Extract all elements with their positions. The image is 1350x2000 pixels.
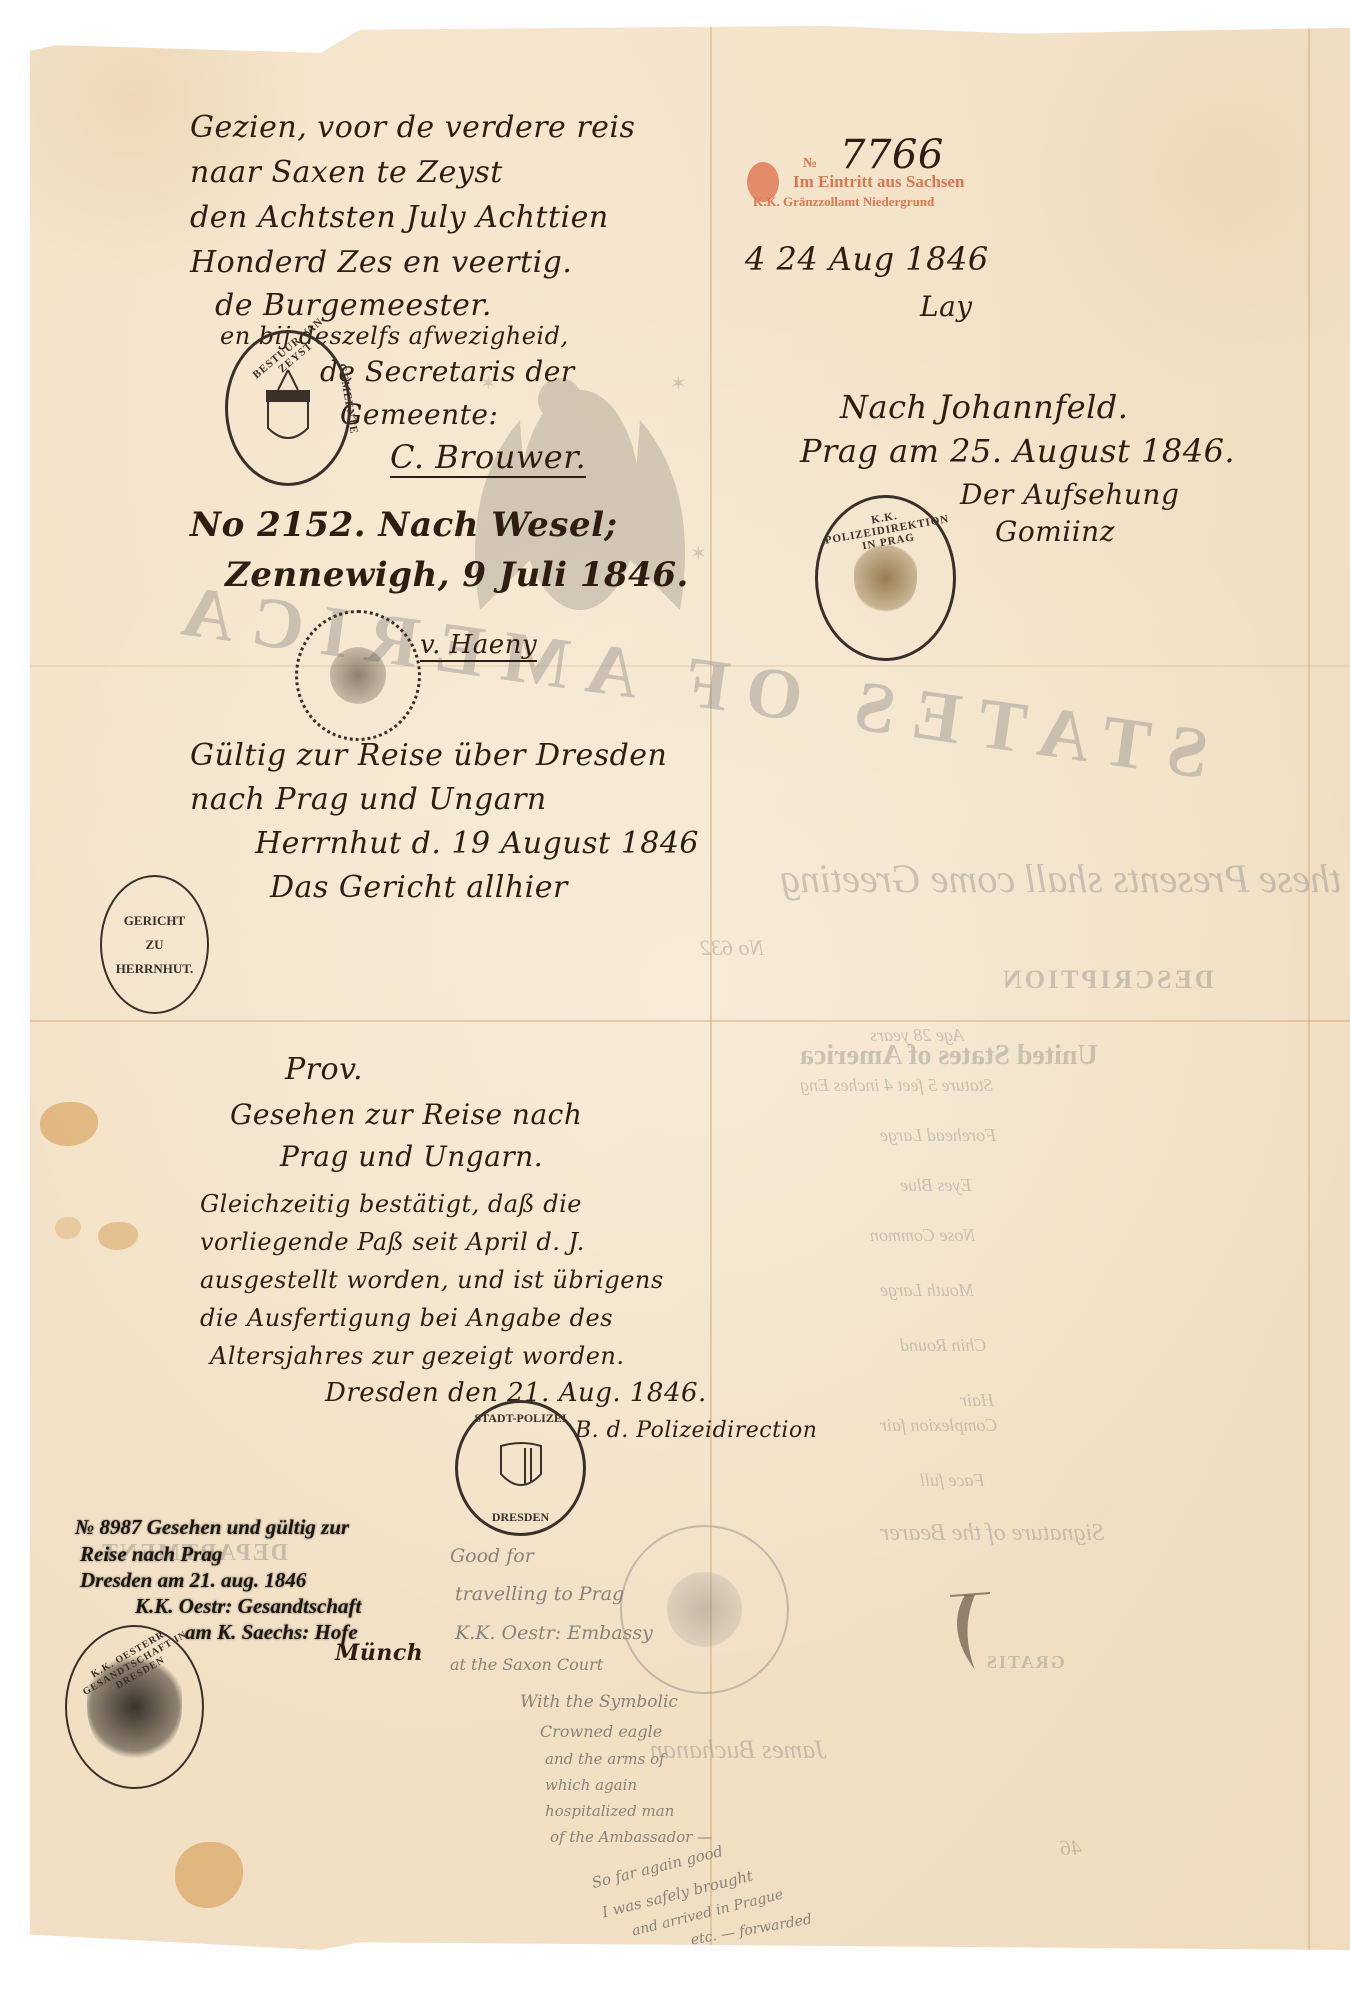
visa-signature: B. d. Polizeidirection [575, 1418, 817, 1443]
ink-smudge [935, 1590, 1005, 1680]
zeyst-municipal-seal: BESTUUR VAN ZEYST GEMEENTE [225, 330, 351, 486]
description-mouth: Mouth Large [880, 1280, 974, 1301]
visa-line: Prag und Ungarn. [280, 1140, 543, 1173]
visa-line: vorliegende Paß seit April d. J. [200, 1228, 585, 1256]
entry-number: 7766 [840, 132, 944, 178]
foxing-stain [98, 1222, 138, 1250]
pencil-line: which again [545, 1776, 637, 1794]
visa-line: Gültig zur Reise über Dresden [190, 738, 667, 773]
pencil-line: K.K. Oestr: Embassy [455, 1622, 653, 1644]
endorsement-line: Gezien, voor de verdere reis [190, 110, 635, 145]
printed-description-label: DESCRIPTION [1000, 965, 1214, 995]
visa-line: nach Prag und Ungarn [190, 782, 547, 817]
endorsement-line: de Secretaris der [320, 355, 575, 388]
visa-title: Der Aufsehung [960, 478, 1179, 511]
visa-line: Gleichzeitig bestätigt, daß die [200, 1190, 582, 1218]
foxing-stain [40, 1102, 98, 1146]
description-complexion: Complexion fair [880, 1415, 998, 1436]
visa-line: Das Gericht allhier [270, 870, 568, 905]
stamp-line: am K. Saechs: Hofe [185, 1620, 358, 1645]
dresden-city-police-seal: STADT-POLIZEI DRESDEN [455, 1400, 586, 1536]
seal-text: DRESDEN [492, 1510, 549, 1525]
seal-text: ZU [145, 933, 163, 957]
description-forehead: Forehead Large [880, 1125, 996, 1146]
stamp-signature: Münch [335, 1640, 423, 1666]
visa-line: die Ausfertigung bei Angabe des [200, 1304, 613, 1332]
seal-text: GERICHT [124, 909, 185, 933]
printed-greeting-mirrored: To all to whom these Presents shall come… [780, 855, 1350, 902]
seal-text: HERRNHUT. [116, 957, 193, 981]
endorsement-line: de Burgemeester. [215, 288, 492, 323]
shield-icon [497, 1440, 545, 1496]
fold-line-vertical-right [1308, 22, 1310, 1950]
page-number: 46 [1060, 1835, 1082, 1861]
pencil-line: at the Saxon Court [450, 1655, 603, 1674]
visa-line: Gesehen zur Reise nach [230, 1098, 582, 1131]
svg-text:✶: ✶ [690, 541, 707, 565]
seal-text: STADT-POLIZEI [474, 1411, 566, 1426]
stamp-line: № 8987 Gesehen und gültig zur [75, 1515, 349, 1540]
stamp-line: Dresden am 21. aug. 1846 [80, 1568, 306, 1593]
pencil-line: travelling to Prag [455, 1583, 624, 1605]
prague-police-seal: K.K. POLIZEIDIREKTION IN PRAG [815, 495, 956, 661]
fold-line-horizontal [30, 1020, 1350, 1022]
eagle-icon [667, 1572, 743, 1648]
pencil-line: of the Ambassador — [550, 1828, 712, 1846]
entry-initials: Lay [920, 290, 973, 323]
visa-line: No 2152. Nach Wesel; [190, 505, 618, 545]
eagle-icon [330, 647, 385, 705]
visa-line: ausgestellt worden, und ist übrigens [200, 1266, 664, 1294]
stamp-line: K.K. Gränzzollamt Niedergrund [753, 194, 934, 210]
pencil-line: and the arms of [545, 1750, 665, 1768]
description-chin: Chin Round [900, 1335, 987, 1356]
svg-text:✶: ✶ [670, 371, 687, 395]
description-nose: Nose Common [870, 1225, 976, 1246]
herrnhut-court-seal: GERICHT ZU HERRNHUT. [100, 875, 209, 1014]
foxing-stain [55, 1217, 81, 1239]
pencil-line: hospitalized man [545, 1802, 674, 1820]
printed-signature-label: Signature of the Bearer [880, 1520, 1104, 1547]
pencil-line: With the Symbolic [520, 1692, 678, 1712]
description-age: Age 28 years [870, 1025, 964, 1046]
description-face: Face full [920, 1470, 984, 1491]
pencil-line: Good for [450, 1545, 534, 1567]
visa-heading: Prov. [285, 1052, 363, 1087]
printed-number: No 632 [700, 935, 764, 961]
visa-line: Herrnhut d. 19 August 1846 [255, 826, 699, 861]
entry-date: 4 24 Aug 1846 [745, 240, 989, 278]
foxing-stain [175, 1842, 243, 1908]
visa-line: Altersjahres zur gezeigt worden. [210, 1342, 625, 1370]
visa-signature: v. Haeny [420, 630, 537, 662]
description-hair: Hair [960, 1390, 994, 1411]
endorsement-line: Gemeente: [340, 398, 498, 431]
us-seal-embossed [620, 1525, 789, 1694]
stamp-number-prefix: № [803, 156, 817, 172]
pencil-line: Crowned eagle [540, 1722, 662, 1741]
stamp-line: K.K. Oestr: Gesandtschaft [135, 1594, 361, 1619]
visa-signature: Gomiinz [995, 515, 1115, 548]
visa-line: Nach Johannfeld. [840, 388, 1128, 426]
endorsement-line: naar Saxen te Zeyst [190, 155, 503, 190]
description-eyes: Eyes Blue [900, 1175, 971, 1196]
endorsement-line: den Achtsten July Achttien [190, 200, 609, 235]
austrian-embassy-seal: K.K. OESTERR. GESANDTSCHAFT IN DRESDEN [65, 1625, 204, 1789]
visa-line: Prag am 25. August 1846. [800, 432, 1235, 470]
stamp-line: Reise nach Prag [80, 1542, 222, 1567]
visa-line: Zennewigh, 9 Juli 1846. [225, 555, 689, 595]
description-stature: Stature 5 feet 4 inches Eng [800, 1075, 993, 1096]
endorsement-line: Honderd Zes en veertig. [190, 245, 572, 280]
printed-secretary-signature: James Buchanan [650, 1735, 827, 1765]
brouwer-signature: C. Brouwer. [390, 438, 586, 478]
wesel-seal [295, 610, 421, 741]
